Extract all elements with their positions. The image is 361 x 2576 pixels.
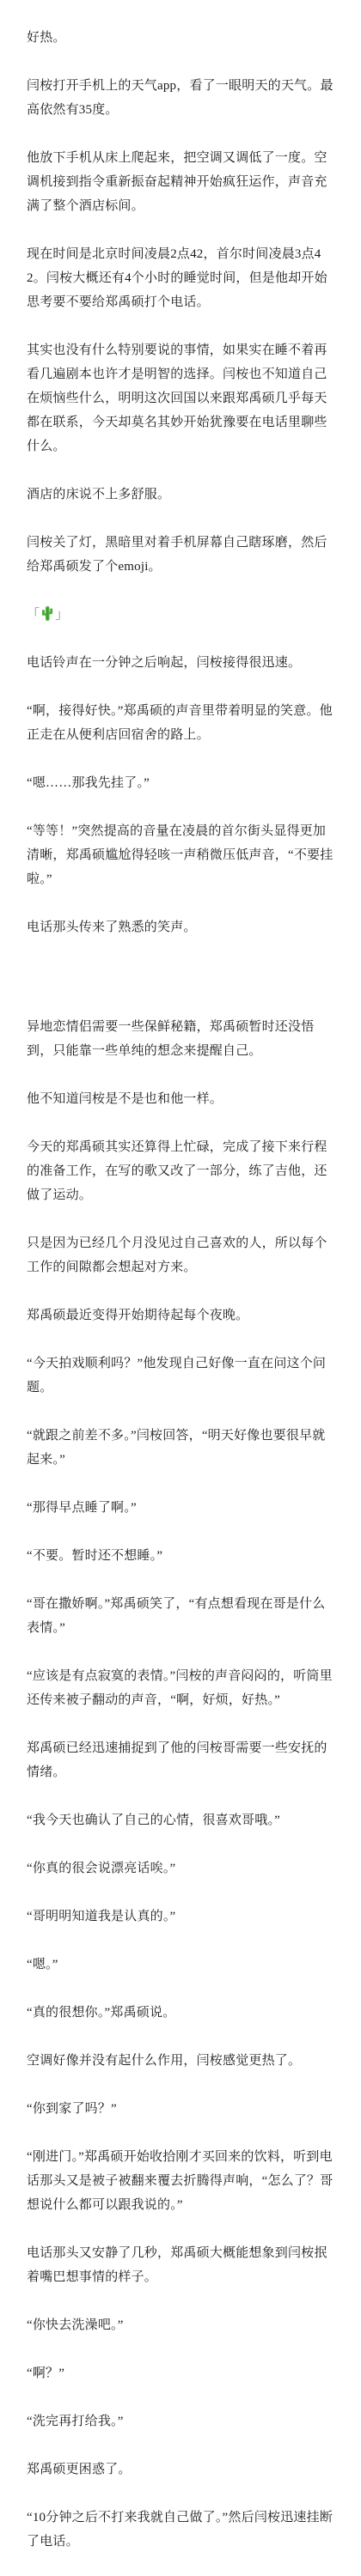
- paragraph: “我今天也确认了自己的心情，很喜欢哥哦。”: [27, 1808, 334, 1832]
- paragraph: 电话那头传来了熟悉的笑声。: [27, 915, 334, 939]
- paragraph: 异地恋情侣需要一些保鲜秘籍，郑禹硕暂时还没悟到，只能靠一些单纯的想念来提醒自己。: [27, 1015, 334, 1063]
- paragraph: “10分钟之后不打来我就自己做了。”然后闫桉迅速挂断了电话。: [27, 2506, 334, 2554]
- paragraph: “哥明明知道我是认真的。”: [27, 1905, 334, 1929]
- paragraph: “你真的很会说漂亮话唉。”: [27, 1856, 334, 1880]
- section-break: [27, 963, 334, 1015]
- cactus-icon: [41, 605, 53, 621]
- open-bracket: 「: [27, 608, 40, 622]
- paragraph: 现在时间是北京时间凌晨2点42，首尔时间凌晨3点42。闫桉大概还有4个小时的睡觉…: [27, 242, 334, 314]
- paragraph: 闫桉关了灯，黑暗里对着手机屏幕自己瞎琢磨，然后给郑禹硕发了个emoji。: [27, 531, 334, 579]
- paragraph: 今天的郑禹硕其实还算得上忙碌，完成了接下来行程的准备工作，在写的歌又改了一部分，…: [27, 1135, 334, 1207]
- paragraph: “啊，接得好快。”郑禹硕的声音里带着明显的笑意。他正走在从便利店回宿舍的路上。: [27, 699, 334, 747]
- paragraph: “不要。暂时还不想睡。”: [27, 1544, 334, 1568]
- paragraph: “真的很想你。”郑禹硕说。: [27, 2001, 334, 2025]
- paragraph: 电话铃声在一分钟之后响起，闫桉接得很迅速。: [27, 651, 334, 675]
- paragraph: 闫桉打开手机上的天气app，看了一眼明天的天气。最高依然有35度。: [27, 74, 334, 122]
- paragraph: 郑禹硕已经迅速捕捉到了他的闫桉哥需要一些安抚的情绪。: [27, 1736, 334, 1784]
- paragraph: “应该是有点寂寞的表情。”闫桉的声音闷闷的，听筒里还传来被子翻动的声音，“啊，好…: [27, 1664, 334, 1712]
- paragraph: 他放下手机从床上爬起来，把空调又调低了一度。空调机接到指令重新振奋起精神开始疯狂…: [27, 146, 334, 218]
- paragraph: “你快去洗澡吧。”: [27, 2313, 334, 2337]
- article-body: 好热。 闫桉打开手机上的天气app，看了一眼明天的天气。最高依然有35度。 他放…: [0, 0, 361, 2554]
- paragraph: “哥在撒娇啊。”郑禹硕笑了，“有点想看现在哥是什么表情。”: [27, 1592, 334, 1640]
- paragraph: “嗯。”: [27, 1953, 334, 1977]
- paragraph: 其实也没有什么特别要说的事情，如果实在睡不着再看几遍剧本也许才是明智的选择。闫桉…: [27, 338, 334, 459]
- paragraph: “那得早点睡了啊。”: [27, 1496, 334, 1520]
- paragraph: 郑禹硕更困惑了。: [27, 2458, 334, 2482]
- paragraph: 他不知道闫桉是不是也和他一样。: [27, 1087, 334, 1111]
- paragraph: “嗯……那我先挂了。”: [27, 771, 334, 795]
- paragraph: 好热。: [27, 26, 334, 50]
- paragraph: 郑禹硕最近变得开始期待起每个夜晚。: [27, 1303, 334, 1327]
- paragraph: 酒店的床说不上多舒服。: [27, 483, 334, 507]
- paragraph: 电话那头又安静了几秒，郑禹硕大概能想象到闫桉抿着嘴巴想事情的样子。: [27, 2241, 334, 2289]
- close-bracket: 」: [55, 608, 68, 622]
- paragraph: “等等！”突然提高的音量在凌晨的首尔街头显得更加清晰，郑禹硕尴尬得轻咳一声稍微压…: [27, 819, 334, 891]
- paragraph: “你到家了吗？”: [27, 2097, 334, 2121]
- paragraph: “洗完再打给我。”: [27, 2409, 334, 2433]
- paragraph: “啊？”: [27, 2361, 334, 2385]
- paragraph: “今天拍戏顺利吗？”他发现自己好像一直在问这个问题。: [27, 1352, 334, 1400]
- paragraph: 空调好像并没有起什么作用，闫桉感觉更热了。: [27, 2049, 334, 2073]
- paragraph: “刚进门。”郑禹硕开始收拾刚才买回来的饮料，听到电话那头又是被子被翻来覆去折腾得…: [27, 2145, 334, 2217]
- paragraph: 只是因为已经几个月没见过自己喜欢的人，所以每个工作的间隙都会想起对方来。: [27, 1231, 334, 1279]
- emoji-message: 「」: [27, 603, 334, 627]
- paragraph: “就跟之前差不多。”闫桉回答，“明天好像也要很早就起来。”: [27, 1424, 334, 1472]
